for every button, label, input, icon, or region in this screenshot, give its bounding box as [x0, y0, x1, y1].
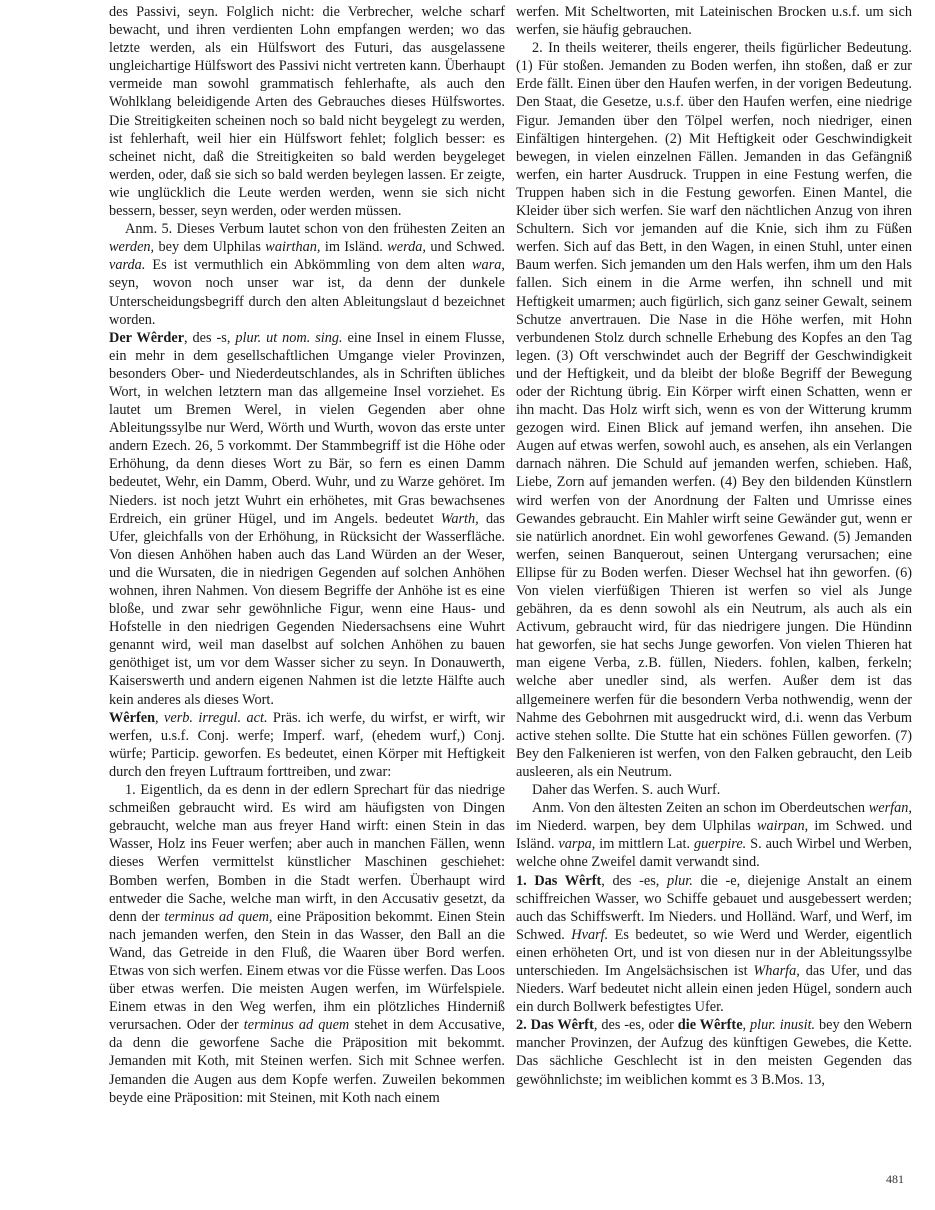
headword: 1. Das Wêrft — [516, 873, 601, 889]
headword: Wêrfen — [109, 710, 155, 726]
text-run: eine Präposition bekommt. Einen Stein na… — [109, 909, 505, 1034]
text-run: werfen. Mit Scheltworten, mit Lateinisch… — [516, 4, 912, 38]
text-run: 2. In theils weiterer, theils engerer, t… — [516, 40, 912, 780]
text-run: des Passivi, seyn. Folglich nicht: die V… — [109, 4, 505, 219]
italic-term: werden, — [109, 239, 154, 255]
paragraph: Wêrfen, verb. irregul. act. Präs. ich we… — [109, 709, 505, 781]
paragraph: 2. Das Wêrft, des -es, oder die Wêrfte, … — [516, 1016, 912, 1088]
paragraph: Anm. Von den ältesten Zeiten an schon im… — [516, 799, 912, 871]
paragraph: werfen. Mit Scheltworten, mit Lateinisch… — [516, 3, 912, 39]
text-run: bey dem Ulphilas — [154, 239, 265, 255]
italic-term: verb. irregul. act. — [164, 710, 268, 726]
text-run: Anm. 5. Dieses Verbum lautet schon von d… — [125, 221, 505, 237]
text-run: im Niederd. warpen, bey dem Ulphilas — [516, 818, 757, 834]
italic-term: guerpire. — [694, 836, 746, 852]
text-run: und Schwed. — [426, 239, 505, 255]
headword: 2. Das Wêrft — [516, 1017, 594, 1033]
text-run: seyn, wovon noch unser war ist, da denn … — [109, 275, 505, 327]
italic-term: plur. — [667, 873, 693, 889]
text-run: das Ufer, gleichfalls von der Erhöhung, … — [109, 511, 505, 708]
italic-term: terminus ad quem — [244, 1017, 350, 1033]
italic-term: varda. — [109, 257, 145, 273]
italic-term: Wharfa, — [753, 963, 799, 979]
text-run: Es ist vermuthlich ein Abkömmling von de… — [145, 257, 472, 273]
italic-term: wairpan, — [757, 818, 808, 834]
text-run: Daher das Werfen. S. auch Wurf. — [532, 782, 720, 798]
text-run: im Isländ. — [321, 239, 388, 255]
paragraph: 1. Eigentlich, da es denn in der edlern … — [109, 781, 505, 1107]
italic-term: wara, — [472, 257, 505, 273]
text-run: , — [743, 1017, 750, 1033]
page-number: 481 — [886, 1172, 904, 1187]
text-run: eine Insel in einem Flusse, ein mehr in … — [109, 330, 505, 527]
italic-term: varpa, — [558, 836, 595, 852]
italic-term: plur. ut nom. sing. — [235, 330, 342, 346]
paragraph: des Passivi, seyn. Folglich nicht: die V… — [109, 3, 505, 220]
italic-term: terminus ad quem, — [164, 909, 272, 925]
headword: Der Wêrder — [109, 330, 184, 346]
italic-term: Warth, — [441, 511, 479, 527]
italic-term: werda, — [387, 239, 426, 255]
text-run: Anm. Von den ältesten Zeiten an schon im… — [532, 800, 869, 816]
dictionary-page: des Passivi, seyn. Folglich nicht: die V… — [0, 0, 935, 1210]
right-column: werfen. Mit Scheltworten, mit Lateinisch… — [516, 3, 912, 1089]
italic-term: plur. inusit. — [750, 1017, 815, 1033]
text-run: , des -es, — [601, 873, 667, 889]
text-run: , des -s, — [184, 330, 235, 346]
text-run: im mittlern Lat. — [595, 836, 694, 852]
paragraph: Daher das Werfen. S. auch Wurf. — [516, 781, 912, 799]
text-run: , des -es, oder — [594, 1017, 678, 1033]
italic-term: werfan, — [869, 800, 912, 816]
paragraph: Anm. 5. Dieses Verbum lautet schon von d… — [109, 220, 505, 329]
text-run: , — [155, 710, 164, 726]
paragraph: 1. Das Wêrft, des -es, plur. die -e, die… — [516, 872, 912, 1017]
left-column: des Passivi, seyn. Folglich nicht: die V… — [109, 3, 505, 1107]
paragraph: 2. In theils weiterer, theils engerer, t… — [516, 39, 912, 781]
italic-term: wairthan, — [265, 239, 320, 255]
headword: die Wêrfte — [678, 1017, 743, 1033]
paragraph: Der Wêrder, des -s, plur. ut nom. sing. … — [109, 329, 505, 709]
text-run: 1. Eigentlich, da es denn in der edlern … — [109, 782, 505, 925]
italic-term: Hvarf. — [571, 927, 608, 943]
